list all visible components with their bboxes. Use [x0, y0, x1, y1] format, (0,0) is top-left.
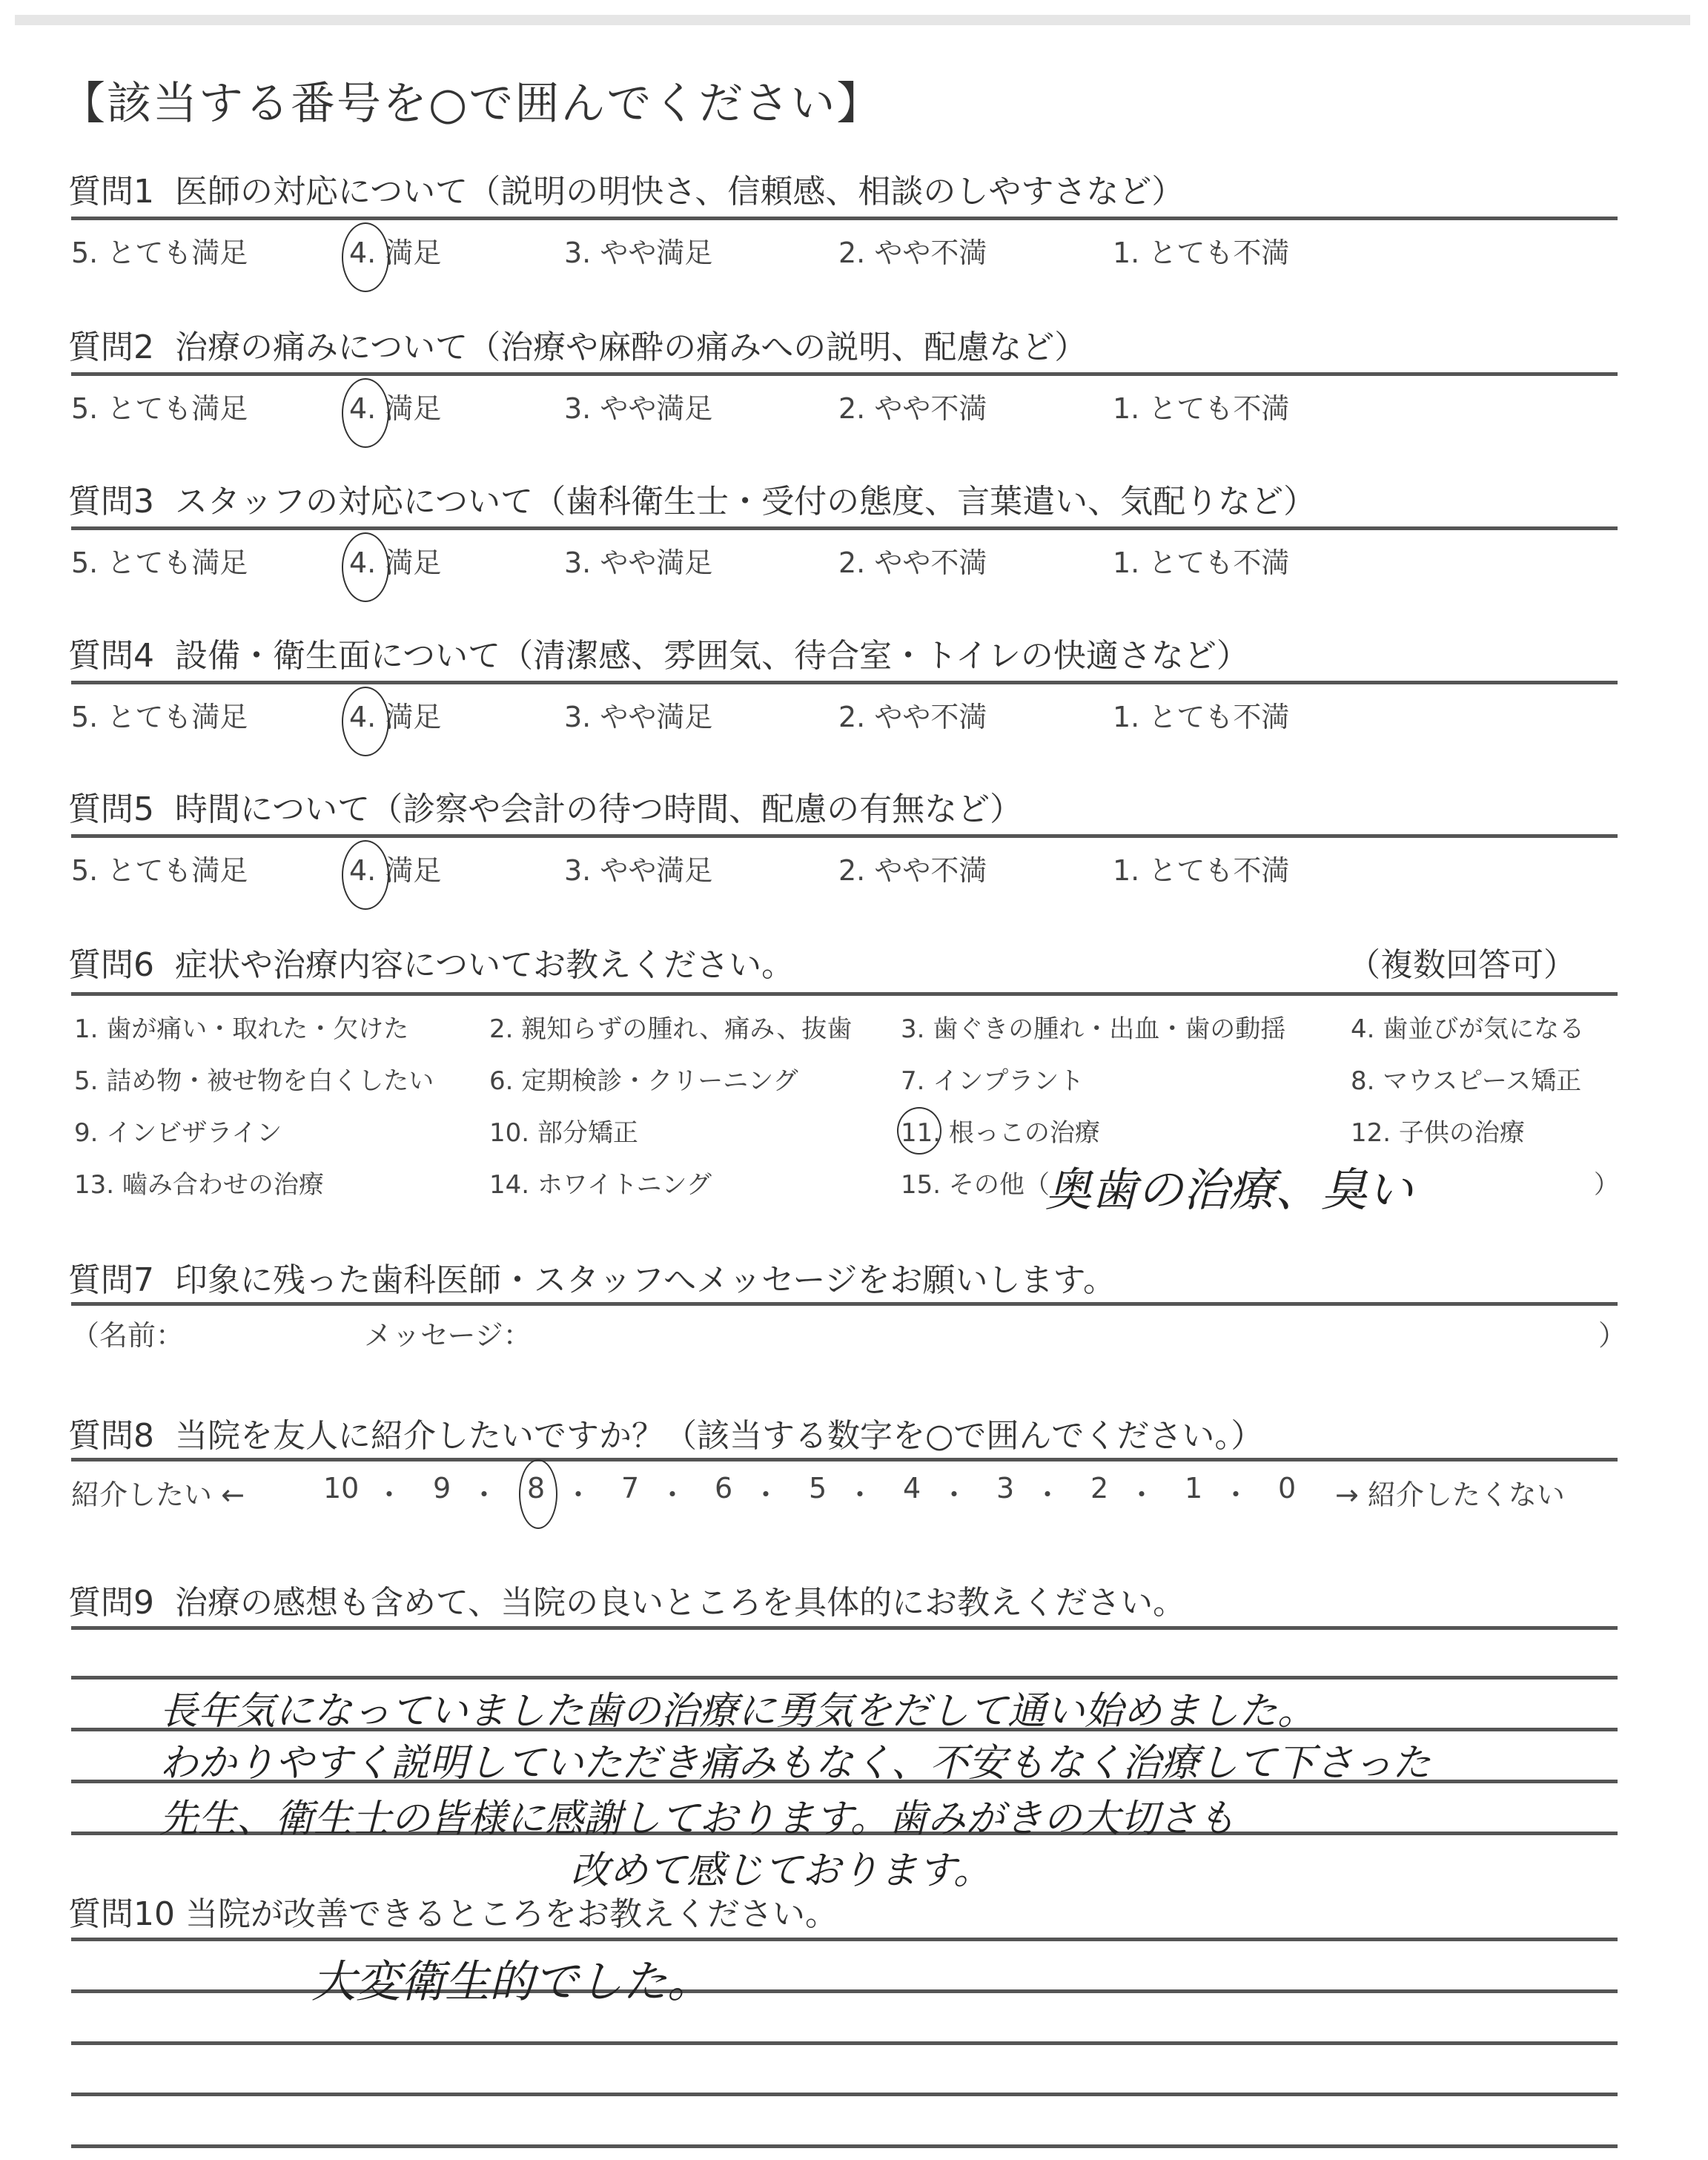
- rating-option-3[interactable]: 3. やや満足: [564, 848, 712, 888]
- scale-5[interactable]: 5: [809, 1472, 827, 1505]
- q6-option-8[interactable]: 8. マウスピース矯正: [1351, 1060, 1581, 1097]
- rating-option-2[interactable]: 2. やや不満: [838, 694, 987, 735]
- divider: [71, 1626, 1618, 1630]
- writing-line: [71, 2144, 1618, 2148]
- scale-left-label: 紹介したい ←: [71, 1472, 245, 1513]
- q6-option-13[interactable]: 13. 嚙み合わせの治療: [74, 1164, 324, 1200]
- selection-circle: [342, 378, 389, 448]
- divider: [71, 372, 1618, 376]
- question-8-heading: 質問8 当院を友人に紹介したいですか？（該当する数字を○で囲んでください。）: [68, 1409, 1263, 1456]
- question-10-heading: 質問10 当院が改善できるところをお教えください。: [68, 1887, 838, 1935]
- q6-option-3[interactable]: 3. 歯ぐきの腫れ・出血・歯の動揺: [901, 1008, 1285, 1045]
- q6-option-12[interactable]: 12. 子供の治療: [1351, 1112, 1525, 1149]
- q6-option-15[interactable]: 15. その他（: [901, 1164, 1050, 1200]
- q6-option-6[interactable]: 6. 定期検診・クリーニング: [489, 1060, 798, 1097]
- divider: [71, 681, 1618, 684]
- question-7-heading: 質問7 印象に残った歯科医師・スタッフへメッセージをお願いします。: [68, 1253, 1116, 1301]
- question-3-heading: 質問3 スタッフの対応について（歯科衛生士・受付の態度、言葉遣い、気配りなど）: [68, 475, 1316, 522]
- selection-circle: [342, 532, 389, 602]
- scale-6[interactable]: 6: [715, 1472, 732, 1505]
- close-paren: ）: [1598, 1312, 1626, 1353]
- message-label: メッセージ：: [364, 1312, 532, 1353]
- rating-option-2[interactable]: 2. やや不満: [838, 540, 987, 581]
- scale-10[interactable]: 10: [323, 1472, 359, 1505]
- divider: [71, 834, 1618, 838]
- writing-line: [71, 2093, 1618, 2096]
- rating-option-1[interactable]: 1. とても不満: [1113, 230, 1289, 271]
- selection-circle: [897, 1107, 941, 1155]
- page-title: 【該当する番号を○で囲んでください】: [61, 68, 882, 132]
- q6-option-10[interactable]: 10. 部分矯正: [489, 1112, 638, 1149]
- q6-option-9[interactable]: 9. インビザライン: [74, 1112, 282, 1149]
- rating-option-2[interactable]: 2. やや不満: [838, 230, 987, 271]
- question-4-heading: 質問4 設備・衛生面について（清潔感、雰囲気、待合室・トイレの快適さなど）: [68, 629, 1249, 676]
- scale-right-label: → 紹介したくない: [1335, 1472, 1565, 1513]
- rating-option-3[interactable]: 3. やや満足: [564, 386, 712, 426]
- q9-handwritten-line-4[interactable]: 改めて感じております。: [571, 1839, 992, 1895]
- rating-option-2[interactable]: 2. やや不満: [838, 386, 987, 426]
- name-label: （名前：: [71, 1312, 184, 1353]
- rating-option-3[interactable]: 3. やや満足: [564, 694, 712, 735]
- q10-handwritten[interactable]: 大変衛生的でした。: [311, 1946, 712, 2010]
- rating-option-5[interactable]: 5. とても満足: [71, 694, 248, 735]
- divider: [71, 526, 1618, 530]
- rating-option-1[interactable]: 1. とても不満: [1113, 694, 1289, 735]
- question-6-heading: 質問6 症状や治療内容についてお教えください。: [68, 938, 794, 985]
- scale-0[interactable]: 0: [1278, 1472, 1296, 1505]
- writing-line: [71, 2041, 1618, 2045]
- divider: [71, 217, 1618, 220]
- scale-1[interactable]: 1: [1185, 1472, 1202, 1505]
- q9-handwritten-line-3[interactable]: 先生、衛生士の皆様に感謝しております。歯みがきの大切さも: [159, 1787, 1236, 1843]
- selection-circle: [342, 840, 389, 910]
- rating-option-1[interactable]: 1. とても不満: [1113, 540, 1289, 581]
- q9-handwritten-line-2[interactable]: わかりやすく説明していただき痛みもなく、不安もなく治療して下さった: [159, 1731, 1431, 1787]
- selection-circle: [342, 222, 389, 292]
- rating-option-3[interactable]: 3. やや満足: [564, 540, 712, 581]
- divider: [71, 1938, 1618, 1941]
- question-5-heading: 質問5 時間について（診察や会計の待つ時間、配慮の有無など）: [68, 782, 1022, 830]
- divider: [71, 992, 1618, 996]
- writing-line: [71, 1989, 1618, 1993]
- divider: [71, 1302, 1618, 1306]
- question-1-heading: 質問1 医師の対応について（説明の明快さ、信頼感、相談のしやすさなど）: [68, 165, 1184, 212]
- scale-7[interactable]: 7: [621, 1472, 639, 1505]
- rating-option-2[interactable]: 2. やや不満: [838, 848, 987, 888]
- question-9-heading: 質問9 治療の感想も含めて、当院の良いところを具体的にお教えください。: [68, 1576, 1185, 1623]
- rating-option-3[interactable]: 3. やや満足: [564, 230, 712, 271]
- q9-handwritten-line-1[interactable]: 長年気になっていました歯の治療に勇気をだして通い始めました。: [159, 1680, 1316, 1735]
- rating-option-5[interactable]: 5. とても満足: [71, 540, 248, 581]
- question-2-heading: 質問2 治療の痛みについて（治療や麻酔の痛みへの説明、配慮など）: [68, 320, 1087, 368]
- q6-option-4[interactable]: 4. 歯並びが気になる: [1351, 1008, 1584, 1045]
- scan-top-edge: [15, 15, 1690, 25]
- scale-3[interactable]: 3: [996, 1472, 1014, 1505]
- selection-circle: [342, 687, 389, 756]
- q6-option-1[interactable]: 1. 歯が痛い・取れた・欠けた: [74, 1008, 408, 1045]
- scale-4[interactable]: 4: [903, 1472, 921, 1505]
- q6-option-7[interactable]: 7. インプラント: [901, 1060, 1084, 1097]
- selection-circle: [519, 1459, 557, 1529]
- q6-option-2[interactable]: 2. 親知らずの腫れ、痛み、抜歯: [489, 1008, 852, 1045]
- scale-2[interactable]: 2: [1090, 1472, 1108, 1505]
- q6-other-close-paren: ）: [1594, 1164, 1619, 1200]
- q6-other-handwritten[interactable]: 奥歯の治療、臭い: [1045, 1153, 1413, 1219]
- divider: [71, 1458, 1618, 1462]
- rating-option-1[interactable]: 1. とても不満: [1113, 848, 1289, 888]
- multiple-answer-note: （複数回答可）: [1348, 938, 1576, 985]
- rating-option-5[interactable]: 5. とても満足: [71, 848, 248, 888]
- rating-option-5[interactable]: 5. とても満足: [71, 386, 248, 426]
- scale-9[interactable]: 9: [433, 1472, 451, 1505]
- rating-option-5[interactable]: 5. とても満足: [71, 230, 248, 271]
- q6-option-5[interactable]: 5. 詰め物・被せ物を白くしたい: [74, 1060, 434, 1097]
- rating-option-1[interactable]: 1. とても不満: [1113, 386, 1289, 426]
- q6-option-14[interactable]: 14. ホワイトニング: [489, 1164, 712, 1200]
